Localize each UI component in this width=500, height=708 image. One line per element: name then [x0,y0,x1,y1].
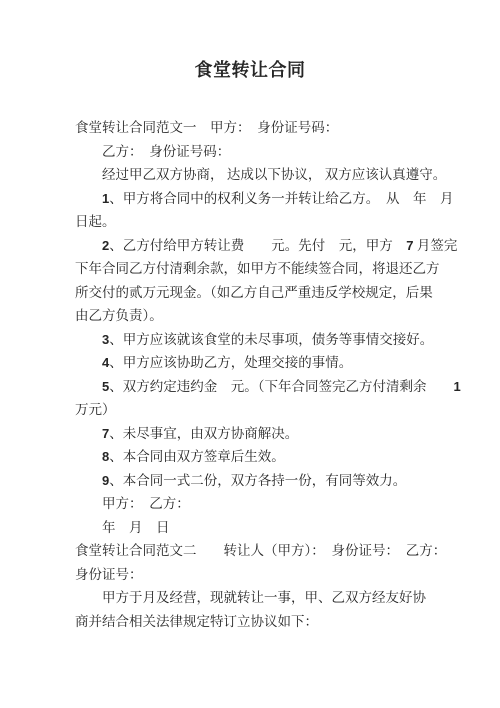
text-line: 身份证号： [75,563,500,587]
text-run: 、本合同一式二份，双方各持一份，有同等效力。 [109,473,406,488]
text-line: 5、双方约定违约金 元。（下年合同签完乙方付清剩余 1 [75,375,500,399]
text-run: 下年合同乙方付清剩余款，如甲方不能续签合同，将退还乙方 [75,261,440,276]
text-run: 食堂转让合同范文一 甲方： 身份证号码： [75,120,338,135]
text-run: 甲方于月及经营，现就转让一事，甲、乙双方经友好协 [102,590,426,605]
document-body: 食堂转让合同范文一 甲方： 身份证号码：乙方： 身份证号码：经过甲乙双方协商， … [0,116,500,633]
text-run: 经过甲乙双方协商， 达成以下协议， 双方应该认真遵守。 [102,167,446,182]
document-title: 食堂转让合同 [0,0,500,83]
text-line: 经过甲乙双方协商， 达成以下协议， 双方应该认真遵守。 [75,163,500,187]
text-run: 、双方约定违约金 元。（下年合同签完乙方付清剩余 [109,379,453,394]
text-run: 、未尽事宜，由双方协商解决。 [109,426,298,441]
document-page: 食堂转让合同 食堂转让合同范文一 甲方： 身份证号码：乙方： 身份证号码：经过甲… [0,0,500,708]
text-line: 3、甲方应该就该食堂的未尽事项，债务等事情交接好。 [75,328,500,352]
text-line: 8、本合同由双方签章后生效。 [75,445,500,469]
text-line: 商并结合相关法律规定特订立协议如下： [75,610,500,634]
text-line: 由乙方负责）。 [75,304,500,328]
text-run: 由乙方负责）。 [75,308,163,323]
text-run: 、甲方将合同中的权利义务一并转让给乙方。 从 年 月 [109,191,453,206]
text-run: 月签完 [413,238,457,253]
clause-number: 1 [453,379,460,394]
text-run: 身份证号： [75,567,143,582]
text-run: 所交付的贰万元现金。（如乙方自己严重违反学校规定，后果 [75,285,433,300]
text-line: 7、未尽事宜，由双方协商解决。 [75,422,500,446]
text-line: 食堂转让合同范文二 转让人（甲方）： 身份证号： 乙方： [75,539,500,563]
text-line: 年 月 日 [75,516,500,540]
text-line: 乙方： 身份证号码： [75,140,500,164]
text-line: 4、甲方应该协助乙方，处理交接的事情。 [75,351,500,375]
text-run: 、本合同由双方签章后生效。 [109,449,285,464]
text-line: 2、乙方付给甲方转让费 元。先付 元，甲方 7 月签完 [75,234,500,258]
text-run: 甲方： 乙方： [102,496,190,511]
text-line: 下年合同乙方付清剩余款，如甲方不能续签合同，将退还乙方 [75,257,500,281]
text-run: 商并结合相关法律规定特订立协议如下： [75,614,318,629]
text-line: 甲方于月及经营，现就转让一事，甲、乙双方经友好协 [75,586,500,610]
text-line: 甲方： 乙方： [75,492,500,516]
text-line: 所交付的贰万元现金。（如乙方自己严重违反学校规定，后果 [75,281,500,305]
text-line: 9、本合同一式二份，双方各持一份，有同等效力。 [75,469,500,493]
text-line: 食堂转让合同范文一 甲方： 身份证号码： [75,116,500,140]
text-run: 、甲方应该就该食堂的未尽事项，债务等事情交接好。 [109,332,433,347]
text-run: 万元） [75,402,116,417]
text-run: 日起。 [75,214,116,229]
text-run: 年 月 日 [102,520,170,535]
text-line: 万元） [75,398,500,422]
text-line: 1、甲方将合同中的权利义务一并转让给乙方。 从 年 月 [75,187,500,211]
text-line: 日起。 [75,210,500,234]
text-run: 乙方： 身份证号码： [102,144,230,159]
text-run: 、甲方应该协助乙方，处理交接的事情。 [109,355,352,370]
text-run: 、乙方付给甲方转让费 元。先付 元，甲方 [109,238,406,253]
text-run: 食堂转让合同范文二 转让人（甲方）： 身份证号： 乙方： [75,543,446,558]
